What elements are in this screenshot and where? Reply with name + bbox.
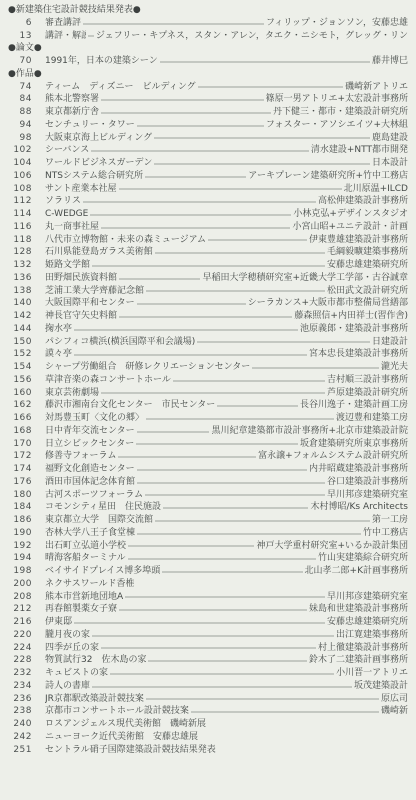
toc-row: 6審査講評フィリップ・ジョンソン，安藤忠雄 bbox=[8, 17, 408, 30]
leader-line bbox=[119, 278, 200, 279]
toc-entry-credit: 鈴木了二建築計画事務所 bbox=[309, 654, 408, 667]
leader-line bbox=[92, 686, 352, 687]
toc-page-number: 238 bbox=[8, 705, 32, 718]
toc-entry-title: 杏林大学八王子食堂棟 bbox=[45, 527, 135, 540]
toc-row: 234詩人の書庫坂茂建築設計 bbox=[8, 680, 408, 693]
toc-entry-title: 東京芸術劇場 bbox=[45, 387, 99, 400]
toc-row: 180古河スポーツフォーラム早川邦彦建築研究室 bbox=[8, 489, 408, 502]
toc-page-number: 184 bbox=[8, 501, 32, 514]
leader-line bbox=[101, 100, 264, 101]
toc-entry-title: セントラル硝子国際建築設計競技結果発表 bbox=[45, 744, 216, 757]
toc-entry-credit: 日本設計 bbox=[372, 157, 408, 170]
toc-entry-credit: 妹島和世建築設計事務所 bbox=[309, 603, 408, 616]
toc-entry-credit: 小宮山昭+ユニテ設計・計画 bbox=[292, 221, 408, 234]
toc-page-number: 70 bbox=[8, 55, 32, 68]
leader-line bbox=[154, 138, 370, 139]
leader-line bbox=[198, 87, 344, 88]
toc-entry-credit: 瀧光夫 bbox=[381, 361, 408, 374]
toc-row: 152謨々亭宮本忠長建築設計事務所 bbox=[8, 348, 408, 361]
leader-line bbox=[83, 202, 316, 203]
toc-entry-title: ネクサスワールド香椎 bbox=[45, 578, 134, 591]
leader-line bbox=[160, 61, 370, 62]
toc-entry-credit: 芦原建築設計研究所 bbox=[327, 387, 408, 400]
toc-row: 132姫路文学館安藤忠雄建築研究所 bbox=[8, 259, 408, 272]
toc-row: 102シーバンス清水建設+NTT都市開発 bbox=[8, 144, 408, 157]
toc-page-number: 106 bbox=[8, 170, 32, 183]
toc-entry-title: ティーム ディズニー ビルディング bbox=[45, 81, 196, 94]
toc-entry-credit: 出江寛建築事務所 bbox=[336, 629, 408, 642]
section-header: ●作品● bbox=[8, 68, 408, 81]
toc-row: 84熊本北警察署篠原一男アトリエ+太宏設計事務所 bbox=[8, 93, 408, 106]
leader-line bbox=[137, 304, 246, 305]
toc-entry-credit: 北川原温+ILCD bbox=[344, 183, 408, 196]
toc-page-number: 150 bbox=[8, 336, 32, 349]
toc-page-number: 190 bbox=[8, 527, 32, 540]
toc-row: 168日中青年交流センター黒川紀章建築都市設計事務所+北京市建築設計院 bbox=[8, 425, 408, 438]
toc-entry-title: キュビストの家 bbox=[45, 667, 108, 680]
toc-page-number: 102 bbox=[8, 144, 32, 157]
toc-row: 238京都市コンサートホール設計競技案磯崎新 bbox=[8, 705, 408, 718]
toc-page-number: 174 bbox=[8, 463, 32, 476]
leader-line bbox=[101, 648, 316, 649]
leader-line bbox=[148, 661, 307, 662]
toc-row: 251セントラル硝子国際建築設計競技結果発表 bbox=[8, 744, 408, 757]
toc-entry-title: 修善寺フォーラム bbox=[45, 450, 116, 463]
toc-entry-title: パシフィコ横浜(横浜国際平和会議場) bbox=[45, 336, 195, 349]
toc-entry-credit: 藤森照信+内田祥士(習作舎) bbox=[294, 310, 408, 323]
toc-page-number: 186 bbox=[8, 514, 32, 527]
toc-page-number: 234 bbox=[8, 680, 32, 693]
leader-line bbox=[101, 393, 325, 394]
section-header-label: ●論文● bbox=[8, 42, 42, 55]
toc-row: 166対馬豊玉町〈文化の郷〉渡辺豊和建築工房 bbox=[8, 412, 408, 425]
toc-row: 184コモンシティ星田 住民施設木村博昭/Ks Architects bbox=[8, 501, 408, 514]
toc-row: 192出石町立弘道小学校神戸大学重村研究室+いるか設計集団 bbox=[8, 540, 408, 553]
leader-line bbox=[137, 431, 210, 432]
toc-entry-title: センチュリー・タワー bbox=[45, 119, 135, 132]
toc-entry-credit: 谷口建築設計事務所 bbox=[327, 476, 408, 489]
toc-entry-credit: 竹山実建築綜合研究所 bbox=[318, 552, 408, 565]
toc-entry-credit: 村上徹建築設計事務所 bbox=[318, 642, 408, 655]
leader-line bbox=[217, 406, 298, 407]
toc-row: 108サント産業本社屋北川原温+ILCD bbox=[8, 183, 408, 196]
toc-entry-title: 審査講評 bbox=[45, 17, 81, 30]
leader-line bbox=[125, 597, 325, 598]
toc-entry-title: 酒田市国体記念体育館 bbox=[45, 476, 135, 489]
toc-page-number: 128 bbox=[8, 246, 32, 259]
toc-entry-title: 丸一商事社屋 bbox=[45, 221, 99, 234]
toc-entry-credit: 木村博昭/Ks Architects bbox=[310, 501, 408, 514]
leader-line bbox=[119, 316, 292, 317]
toc-row: 144掬水亭池原義郎・建築設計事務所 bbox=[8, 323, 408, 336]
toc-entry-credit: 池原義郎・建築設計事務所 bbox=[300, 323, 408, 336]
toc-entry-title: NTSシステム総合研究所 bbox=[45, 170, 143, 183]
toc-entry-credit: 黒川紀章建築都市設計事務所+北京市建築設計院 bbox=[211, 425, 408, 438]
toc-entry-title: C-WEDGE bbox=[45, 208, 88, 221]
leader-line bbox=[146, 418, 334, 419]
toc-row: 198ベイサイドプレイス博多埠頭北山孝二郎+K計画事務所 bbox=[8, 565, 408, 578]
section-header-label: ●作品● bbox=[8, 68, 42, 81]
toc-row: 216伊東邸安藤忠雄建築研究所 bbox=[8, 616, 408, 629]
toc-page-number: 160 bbox=[8, 387, 32, 400]
toc-entry-title: ベイサイドプレイス博多埠頭 bbox=[45, 565, 160, 578]
toc-row: 242ニューヨーク近代美術館 安藤忠雄展 bbox=[8, 731, 408, 744]
toc-entry-title: ワールドビジネスガーデン bbox=[45, 157, 152, 170]
toc-entry-title: 東京都新庁舎 bbox=[45, 106, 99, 119]
toc-page-number: 200 bbox=[8, 578, 32, 591]
toc-row: 220朧月夜の家出江寛建築事務所 bbox=[8, 629, 408, 642]
toc-page-number: 108 bbox=[8, 183, 32, 196]
toc-row: 142神長官守矢史料館藤森照信+内田祥士(習作舎) bbox=[8, 310, 408, 323]
toc-page-number: 240 bbox=[8, 718, 32, 731]
toc-page-number: 104 bbox=[8, 157, 32, 170]
toc-page-number: 242 bbox=[8, 731, 32, 744]
toc-page-number: 208 bbox=[8, 591, 32, 604]
toc-entry-title: JR京都駅改築設計競技案 bbox=[45, 693, 144, 706]
toc-entry-title: シーバンス bbox=[45, 144, 89, 157]
toc-page-number: 170 bbox=[8, 438, 32, 451]
toc-entry-credit: 神戸大学重村研究室+いるか設計集団 bbox=[256, 540, 408, 553]
toc-entry-credit: 小林克弘+デザインスタジオ bbox=[293, 208, 408, 221]
toc-entry-title: 掬水亭 bbox=[45, 323, 72, 336]
toc-entry-credit: 安藤忠雄建築研究所 bbox=[327, 259, 408, 272]
toc-entry-title: 大阪東京海上ビルディング bbox=[45, 132, 152, 145]
leader-line bbox=[118, 457, 256, 458]
toc-row: 140大阪国際平和センターシーラカンス+大阪市都市整備局営繕部 bbox=[8, 297, 408, 310]
toc-page-number: 114 bbox=[8, 208, 32, 221]
toc-page-number: 118 bbox=[8, 234, 32, 247]
toc-entry-title: 1991年，日本の建築シーン bbox=[45, 55, 158, 68]
toc-page-number: 13 bbox=[8, 30, 32, 43]
toc-entry-credit: 磯崎新アトリエ bbox=[345, 81, 408, 94]
leader-line bbox=[155, 253, 325, 254]
toc-entry-title: 詩人の書庫 bbox=[45, 680, 90, 693]
toc-entry-title: 物質試行32 佐木島の家 bbox=[45, 654, 146, 667]
toc-entry-credit: 吉村順三設計事務所 bbox=[327, 374, 408, 387]
leader-line bbox=[162, 571, 302, 572]
leader-line bbox=[154, 163, 370, 164]
toc-entry-credit: 伊東豊雄建築設計事務所 bbox=[309, 234, 408, 247]
leader-line bbox=[145, 495, 325, 496]
toc-entry-credit: 富永譲+フォルムシステム設計研究所 bbox=[258, 450, 408, 463]
leader-line bbox=[119, 189, 342, 190]
toc-row: 106NTSシステム総合研究所アーキプレーン建築研究所+竹中工務店 bbox=[8, 170, 408, 183]
toc-row: 170日立シビックセンター坂倉建築研究所東京事務所 bbox=[8, 438, 408, 451]
toc-entry-title: 講評・解説 bbox=[45, 30, 86, 43]
toc-entry-credit: 早稲田大学穂積研究室+近畿大学工学部・古谷誠章 bbox=[202, 272, 408, 285]
toc-entry-credit: 宮本忠長建築設計事務所 bbox=[309, 348, 408, 361]
toc-page-number: 144 bbox=[8, 323, 32, 336]
toc-page-number: 98 bbox=[8, 132, 32, 145]
leader-line bbox=[197, 342, 370, 343]
toc-entry-title: 日中青年交流センター bbox=[45, 425, 135, 438]
toc-page-number: 116 bbox=[8, 221, 32, 234]
toc-entry-title: 対馬豊玉町〈文化の郷〉 bbox=[45, 412, 144, 425]
toc-page-number: 88 bbox=[8, 106, 32, 119]
toc-page-number: 132 bbox=[8, 259, 32, 272]
toc-page-number: 180 bbox=[8, 489, 32, 502]
leader-line bbox=[173, 380, 325, 381]
toc-entry-credit: 坂倉建築研究所東京事務所 bbox=[300, 438, 408, 451]
toc-page-number: 176 bbox=[8, 476, 32, 489]
toc-page-number: 84 bbox=[8, 93, 32, 106]
toc-entry-credit: シーラカンス+大阪市都市整備局営繕部 bbox=[248, 297, 408, 310]
toc-page-number: 212 bbox=[8, 603, 32, 616]
toc-entry-title: ニューヨーク近代美術館 安藤忠雄展 bbox=[45, 731, 198, 744]
toc-page-number: 74 bbox=[8, 81, 32, 94]
toc-entry-title: 日立シビックセンター bbox=[45, 438, 134, 451]
leader-line bbox=[137, 469, 307, 470]
toc-entry-title: シャープ労働組合 研修レクリエーションセンター bbox=[45, 361, 250, 374]
leader-line bbox=[137, 125, 264, 126]
toc-entry-credit: 日建設計 bbox=[372, 336, 408, 349]
leader-line bbox=[155, 520, 370, 521]
toc-page-number: 198 bbox=[8, 565, 32, 578]
toc-row: 160東京芸術劇場芦原建築設計研究所 bbox=[8, 387, 408, 400]
toc-entry-title: 出石町立弘道小学校 bbox=[45, 540, 126, 553]
toc-entry-title: 四季が丘の家 bbox=[45, 642, 99, 655]
toc-entry-title: 伊東邸 bbox=[45, 616, 72, 629]
toc-row: 94センチュリー・タワーフォスター・アソシエイツ+大林組 bbox=[8, 119, 408, 132]
toc-entry-title: 晴海客船ターミナル bbox=[45, 552, 126, 565]
toc-page-number: 224 bbox=[8, 642, 32, 655]
toc-entry-title: サント産業本社屋 bbox=[45, 183, 117, 196]
toc-row: 118八代市立博物館・未来の森ミュージアム伊東豊雄建築設計事務所 bbox=[8, 234, 408, 247]
table-of-contents-page: ●新建築住宅設計競技結果発表●6審査講評フィリップ・ジョンソン，安藤忠雄13講評… bbox=[0, 0, 416, 800]
toc-row: 228物質試行32 佐木島の家鈴木了二建築計画事務所 bbox=[8, 654, 408, 667]
leader-line bbox=[119, 610, 307, 611]
toc-row: 174福野文化創造センター内井昭蔵建築設計事務所 bbox=[8, 463, 408, 476]
leader-line bbox=[252, 367, 379, 368]
toc-page-number: 140 bbox=[8, 297, 32, 310]
toc-page-number: 6 bbox=[8, 17, 32, 30]
toc-page-number: 251 bbox=[8, 744, 32, 757]
leader-line bbox=[146, 291, 325, 292]
toc-entry-title: 姫路文学館 bbox=[45, 259, 90, 272]
toc-entry-credit: アーキプレーン建築研究所+竹中工務店 bbox=[248, 170, 408, 183]
toc-entry-title: 謨々亭 bbox=[45, 348, 72, 361]
toc-row: 236JR京都駅改築設計競技案原広司 bbox=[8, 693, 408, 706]
toc-entry-title: ソラリス bbox=[45, 195, 81, 208]
toc-entry-credit: 丹下健三・都市・建築設計研究所 bbox=[273, 106, 408, 119]
toc-entry-title: コモンシティ星田 住民施設 bbox=[45, 501, 161, 514]
toc-row: 162藤沢市湘南台文化センター 市民センター長谷川逸子・建築計画工房 bbox=[8, 399, 408, 412]
toc-entry-credit: 内井昭蔵建築設計事務所 bbox=[309, 463, 408, 476]
section-header: ●新建築住宅設計競技結果発表● bbox=[8, 4, 408, 17]
toc-page-number: 138 bbox=[8, 285, 32, 298]
toc-row: 194晴海客船ターミナル竹山実建築綜合研究所 bbox=[8, 552, 408, 565]
leader-line bbox=[74, 355, 307, 356]
toc-page-number: 168 bbox=[8, 425, 32, 438]
toc-entry-title: 東京都立大学 国際交流館 bbox=[45, 514, 153, 527]
toc-row: 136田野畑民族資料館早稲田大学穂積研究室+近畿大学工学部・古谷誠章 bbox=[8, 272, 408, 285]
toc-entry-title: 古河スポーツフォーラム bbox=[45, 489, 143, 502]
toc-entry-title: 草津音楽の森コンサートホール bbox=[45, 374, 171, 387]
toc-entry-title: 田野畑民族資料館 bbox=[45, 272, 117, 285]
toc-page-number: 228 bbox=[8, 654, 32, 667]
toc-entry-credit: 第一工房 bbox=[372, 514, 408, 527]
toc-entry-title: 八代市立博物館・未来の森ミュージアム bbox=[45, 234, 206, 247]
toc-entry-title: 神長官守矢史料館 bbox=[45, 310, 117, 323]
toc-entry-credit: 高松伸建築設計事務所 bbox=[318, 195, 408, 208]
toc-row: 190杏林大学八王子食堂棟竹中工務店 bbox=[8, 527, 408, 540]
toc-entry-credit: 小川晋一アトリエ bbox=[336, 667, 408, 680]
toc-row: 232キュビストの家小川晋一アトリエ bbox=[8, 667, 408, 680]
toc-page-number: 142 bbox=[8, 310, 32, 323]
toc-row: 212再春館製薬女子寮妹島和世建築設計事務所 bbox=[8, 603, 408, 616]
leader-line bbox=[136, 444, 298, 445]
leader-line bbox=[208, 240, 307, 241]
toc-entry-title: 大阪国際平和センター bbox=[45, 297, 135, 310]
toc-row: 104ワールドビジネスガーデン日本設計 bbox=[8, 157, 408, 170]
leader-line bbox=[137, 533, 361, 534]
leader-line bbox=[101, 227, 290, 228]
leader-line bbox=[145, 176, 246, 177]
toc-entry-credit: 北山孝二郎+K計画事務所 bbox=[305, 565, 408, 578]
toc-page-number: 136 bbox=[8, 272, 32, 285]
toc-page-number: 162 bbox=[8, 399, 32, 412]
toc-entry-credit: 毛綱毅曠建築事務所 bbox=[327, 246, 408, 259]
toc-row: 13講評・解説ジェフリー・キプネス，スタン・アレン，タエク・ニシモト，グレッグ・… bbox=[8, 30, 408, 43]
leader-line bbox=[74, 622, 325, 623]
toc-row: 156草津音楽の森コンサートホール吉村順三設計事務所 bbox=[8, 374, 408, 387]
toc-page-number: 94 bbox=[8, 119, 32, 132]
toc-row: 208熊本市営新地団地A早川邦彦建築研究室 bbox=[8, 591, 408, 604]
toc-row: 701991年，日本の建築シーン藤井博巳 bbox=[8, 55, 408, 68]
leader-line bbox=[92, 265, 325, 266]
toc-entry-title: 熊本北警察署 bbox=[45, 93, 99, 106]
leader-line bbox=[92, 635, 334, 636]
leader-line bbox=[90, 214, 291, 215]
toc-page-number: 166 bbox=[8, 412, 32, 425]
toc-entry-credit: 鹿島建設 bbox=[372, 132, 408, 145]
toc-row: 154シャープ労働組合 研修レクリエーションセンター瀧光夫 bbox=[8, 361, 408, 374]
toc-row: 98大阪東京海上ビルディング鹿島建設 bbox=[8, 132, 408, 145]
toc-entry-title: 熊本市営新地団地A bbox=[45, 591, 123, 604]
toc-entry-credit: 早川邦彦建築研究室 bbox=[327, 591, 408, 604]
toc-page-number: 152 bbox=[8, 348, 32, 361]
leader-line bbox=[110, 673, 334, 674]
toc-page-number: 216 bbox=[8, 616, 32, 629]
toc-page-number: 154 bbox=[8, 361, 32, 374]
toc-entry-title: 芝浦工業大学齊藤記念館 bbox=[45, 285, 144, 298]
toc-entry-title: 福野文化創造センター bbox=[45, 463, 135, 476]
leader-line bbox=[74, 329, 298, 330]
toc-page-number: 220 bbox=[8, 629, 32, 642]
toc-entry-credit: 清水建設+NTT都市開発 bbox=[311, 144, 408, 157]
toc-row: 224四季が丘の家村上徹建築設計事務所 bbox=[8, 642, 408, 655]
leader-line bbox=[146, 699, 379, 700]
leader-line bbox=[191, 712, 379, 713]
leader-line bbox=[101, 112, 271, 113]
toc-row: 200ネクサスワールド香椎 bbox=[8, 578, 408, 591]
toc-page-number: 172 bbox=[8, 450, 32, 463]
toc-entry-title: ロスアンジェルス現代美術館 磯崎新展 bbox=[45, 718, 206, 731]
toc-entry-credit: 篠原一男アトリエ+太宏設計事務所 bbox=[266, 93, 408, 106]
leader-line bbox=[137, 482, 325, 483]
toc-row: 138芝浦工業大学齊藤記念館松田武文設計研究所 bbox=[8, 285, 408, 298]
toc-row: 172修善寺フォーラム富永譲+フォルムシステム設計研究所 bbox=[8, 450, 408, 463]
toc-entry-credit: 原広司 bbox=[381, 693, 408, 706]
toc-entry-credit: フィリップ・ジョンソン，安藤忠雄 bbox=[266, 17, 408, 30]
toc-entry-credit: 藤井博巳 bbox=[372, 55, 408, 68]
toc-page-number: 112 bbox=[8, 195, 32, 208]
section-header-label: ●新建築住宅設計競技結果発表● bbox=[8, 4, 141, 17]
toc-page-number: 156 bbox=[8, 374, 32, 387]
toc-entry-title: 京都市コンサートホール設計競技案 bbox=[45, 705, 189, 718]
toc-page-number: 236 bbox=[8, 693, 32, 706]
leader-line bbox=[91, 151, 309, 152]
toc-entry-credit: 磯崎新 bbox=[381, 705, 408, 718]
toc-entry-credit: フォスター・アソシエイツ+大林組 bbox=[266, 119, 408, 132]
leader-line bbox=[83, 23, 264, 24]
toc-entry-title: 藤沢市湘南台文化センター 市民センター bbox=[45, 399, 215, 412]
toc-row: 128石川県能登島ガラス美術館毛綱毅曠建築事務所 bbox=[8, 246, 408, 259]
toc-entry-credit: 安藤忠雄建築研究所 bbox=[327, 616, 408, 629]
toc-entry-credit: ジェフリー・キプネス，スタン・アレン，タエク・ニシモト，グレッグ・リン bbox=[96, 30, 408, 43]
toc-entry-title: 石川県能登島ガラス美術館 bbox=[45, 246, 153, 259]
leader-line bbox=[128, 546, 254, 547]
toc-entry-credit: 松田武文設計研究所 bbox=[327, 285, 408, 298]
toc-entry-credit: 長谷川逸子・建築計画工房 bbox=[300, 399, 408, 412]
toc-page-number: 192 bbox=[8, 540, 32, 553]
leader-line bbox=[88, 36, 94, 37]
toc-entry-credit: 早川邦彦建築研究室 bbox=[327, 489, 408, 502]
toc-row: 74ティーム ディズニー ビルディング磯崎新アトリエ bbox=[8, 81, 408, 94]
toc-row: 114C-WEDGE小林克弘+デザインスタジオ bbox=[8, 208, 408, 221]
toc-page-number: 194 bbox=[8, 552, 32, 565]
toc-entry-credit: 渡辺豊和建築工房 bbox=[336, 412, 408, 425]
section-header: ●論文● bbox=[8, 42, 408, 55]
toc-row: 186東京都立大学 国際交流館第一工房 bbox=[8, 514, 408, 527]
toc-row: 176酒田市国体記念体育館谷口建築設計事務所 bbox=[8, 476, 408, 489]
toc-page-number: 232 bbox=[8, 667, 32, 680]
toc-entry-credit: 坂茂建築設計 bbox=[354, 680, 408, 693]
toc-entry-title: 再春館製薬女子寮 bbox=[45, 603, 117, 616]
leader-line bbox=[163, 508, 308, 509]
toc-row: 116丸一商事社屋小宮山昭+ユニテ設計・計画 bbox=[8, 221, 408, 234]
toc-row: 88東京都新庁舎丹下健三・都市・建築設計研究所 bbox=[8, 106, 408, 119]
toc-entry-credit: 竹中工務店 bbox=[363, 527, 408, 540]
toc-row: 150パシフィコ横浜(横浜国際平和会議場)日建設計 bbox=[8, 336, 408, 349]
toc-entry-title: 朧月夜の家 bbox=[45, 629, 90, 642]
leader-line bbox=[128, 559, 316, 560]
toc-row: 112ソラリス高松伸建築設計事務所 bbox=[8, 195, 408, 208]
toc-row: 240ロスアンジェルス現代美術館 磯崎新展 bbox=[8, 718, 408, 731]
